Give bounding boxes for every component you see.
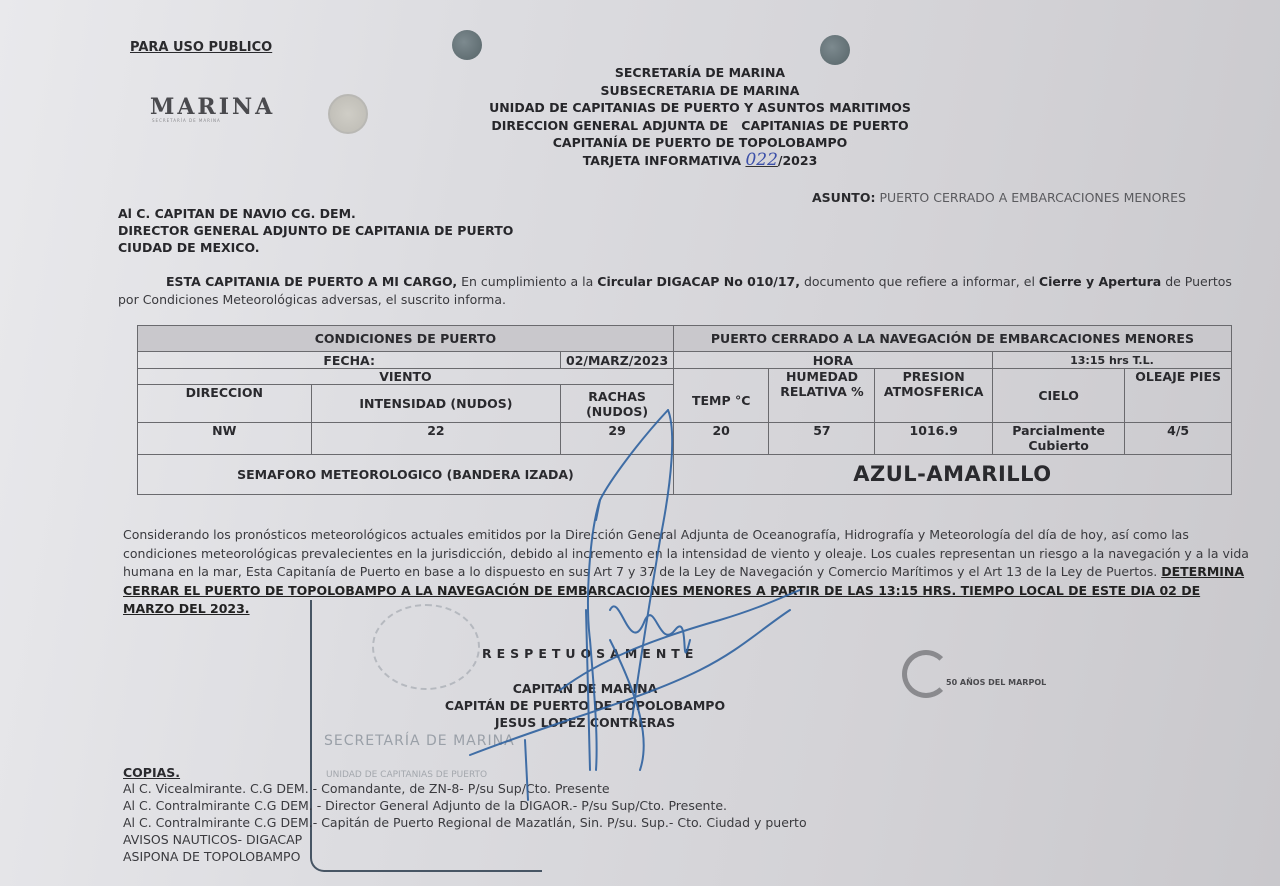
fecha-value: 02/MARZ/2023 <box>561 352 674 369</box>
stamp-text: UNIDAD DE CAPITANIAS DE PUERTO <box>326 770 487 780</box>
marpol-ring-icon <box>902 650 950 698</box>
copy-item: AVISOS NAUTICOS- DIGACAP <box>123 831 807 848</box>
col-direccion: DIRECCION <box>138 385 312 423</box>
viento-label: VIENTO <box>138 369 674 385</box>
stamp-text: SECRETARÍA DE MARINA <box>324 733 515 749</box>
stamp-seal-icon <box>372 604 480 690</box>
val-rachas: 29 <box>561 423 674 455</box>
addressee-block: Al C. CAPITAN DE NAVIO CG. DEM. DIRECTOR… <box>118 205 513 256</box>
copies-list: Al C. Vicealmirante. C.G DEM. - Comandan… <box>123 780 807 865</box>
conditions-title: CONDICIONES DE PUERTO <box>138 326 674 352</box>
header-line: CAPITANÍA DE PUERTO DE TOPOLOBAMPO <box>430 134 970 152</box>
marina-logo: MARINA <box>150 94 275 120</box>
hora-label: HORA <box>673 352 992 369</box>
tarjeta-label: TARJETA INFORMATIVA <box>583 153 741 168</box>
signer-name: JESUS LOPEZ CONTRERAS <box>400 714 770 731</box>
header-line: UNIDAD DE CAPITANIAS DE PUERTO Y ASUNTOS… <box>430 99 970 117</box>
col-oleaje: OLEAJE PIES <box>1125 369 1232 423</box>
col-humedad: HUMEDAD RELATIVA % <box>769 369 875 423</box>
copy-item: Al C. Contralmirante C.G DEM. - Director… <box>123 797 807 814</box>
copies-title: COPIAS. <box>123 765 180 780</box>
signer-block: CAPITAN DE MARINA CAPITÁN DE PUERTO DE T… <box>400 680 770 731</box>
signer-title: CAPITÁN DE PUERTO DE TOPOLOBAMPO <box>400 697 770 714</box>
val-presion: 1016.9 <box>875 423 992 455</box>
val-direccion: NW <box>138 423 312 455</box>
signer-rank: CAPITAN DE MARINA <box>400 680 770 697</box>
header-line: DIRECCION GENERAL ADJUNTA DE CAPITANIAS … <box>430 117 970 135</box>
closure-title: PUERTO CERRADO A LA NAVEGACIÓN DE EMBARC… <box>673 326 1231 352</box>
intro-text: En cumplimiento a la <box>457 274 597 289</box>
val-temp: 20 <box>673 423 769 455</box>
val-humedad: 57 <box>769 423 875 455</box>
copy-item: ASIPONA DE TOPOLOBAMPO <box>123 848 807 865</box>
addressee-line: CIUDAD DE MEXICO. <box>118 239 513 256</box>
subject-label: ASUNTO: <box>812 190 875 205</box>
col-rachas: RACHAS (NUDOS) <box>561 385 674 423</box>
val-oleaje: 4/5 <box>1125 423 1232 455</box>
val-intensidad: 22 <box>311 423 561 455</box>
punch-hole <box>820 35 850 65</box>
copy-item: Al C. Vicealmirante. C.G DEM. - Comandan… <box>123 780 807 797</box>
semaforo-value: AZUL-AMARILLO <box>673 455 1231 495</box>
hora-value: 13:15 hrs T.L. <box>992 352 1231 369</box>
subject-line: ASUNTO: PUERTO CERRADO A EMBARCACIONES M… <box>812 190 1186 205</box>
body-paragraph: Considerando los pronósticos meteorológi… <box>123 526 1255 619</box>
col-cielo: CIELO <box>992 369 1124 423</box>
header-line: SUBSECRETARIA DE MARINA <box>430 82 970 100</box>
semaforo-label: SEMAFORO METEOROLOGICO (BANDERA IZADA) <box>138 455 674 495</box>
tarjeta-line: TARJETA INFORMATIVA 022/2023 <box>430 152 970 170</box>
tarjeta-year: /2023 <box>778 153 817 168</box>
copy-item: Al C. Contralmirante C.G DEM.- Capitán d… <box>123 814 807 831</box>
closing: RESPETUOSAMENTE <box>482 646 698 661</box>
val-cielo: Parcialmente Cubierto <box>992 423 1124 455</box>
marina-logo-subtitle: SECRETARÍA DE MARINA <box>152 118 221 123</box>
intro-bold: Cierre y Apertura <box>1039 274 1161 289</box>
col-intensidad: INTENSIDAD (NUDOS) <box>311 385 561 423</box>
intro-bold: ESTA CAPITANIA DE PUERTO A MI CARGO, <box>166 274 457 289</box>
fecha-label: FECHA: <box>138 352 561 369</box>
conditions-table: CONDICIONES DE PUERTO PUERTO CERRADO A L… <box>137 325 1232 495</box>
marpol-text: 50 AÑOS DEL MARPOL <box>946 678 1046 687</box>
subject-value: PUERTO CERRADO A EMBARCACIONES MENORES <box>879 190 1186 205</box>
intro-text: documento que refiere a informar, el <box>800 274 1039 289</box>
letterhead: SECRETARÍA DE MARINA SUBSECRETARIA DE MA… <box>430 64 970 169</box>
col-presion: PRESION ATMOSFERICA <box>875 369 992 423</box>
classification-label: PARA USO PUBLICO <box>130 40 272 55</box>
addressee-line: Al C. CAPITAN DE NAVIO CG. DEM. <box>118 205 513 222</box>
intro-paragraph: ESTA CAPITANIA DE PUERTO A MI CARGO, En … <box>118 273 1253 309</box>
punch-hole <box>452 30 482 60</box>
tarjeta-number: 022 <box>745 150 777 170</box>
intro-circular: Circular DIGACAP No 010/17, <box>597 274 800 289</box>
national-seal-icon <box>328 94 368 134</box>
body-text: Considerando los pronósticos meteorológi… <box>123 527 1249 579</box>
col-temp: TEMP °C <box>673 369 769 423</box>
header-line: SECRETARÍA DE MARINA <box>430 64 970 82</box>
addressee-line: DIRECTOR GENERAL ADJUNTO DE CAPITANIA DE… <box>118 222 513 239</box>
